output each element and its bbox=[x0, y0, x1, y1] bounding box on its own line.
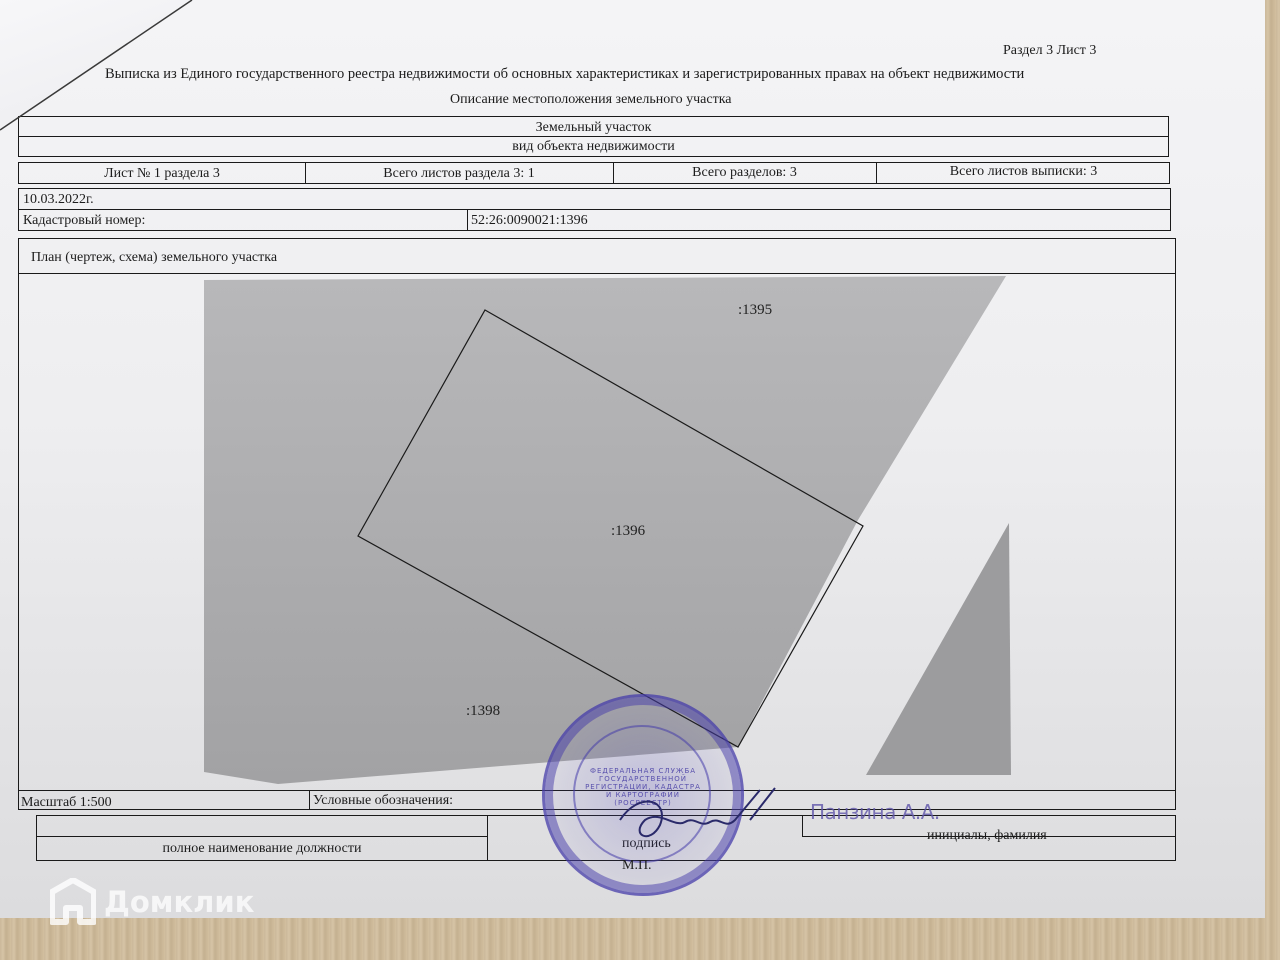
parcel-1398-label: :1398 bbox=[466, 703, 500, 719]
object-type-table: Земельный участок вид объекта недвижимос… bbox=[18, 116, 1169, 157]
section-sheets-total: Всего листов раздела 3: 1 bbox=[305, 166, 613, 182]
adjacent-parcel-triangle bbox=[866, 523, 1011, 775]
parcel-1395-label: :1395 bbox=[738, 302, 772, 318]
sheet-info-table: Лист № 1 раздела 3 Всего листов раздела … bbox=[18, 162, 1170, 184]
handwritten-signature bbox=[600, 780, 790, 860]
sheet-number: Лист № 1 раздела 3 bbox=[19, 166, 305, 182]
extract-date: 10.03.2022г. bbox=[23, 192, 94, 208]
domclick-brand: Домклик bbox=[104, 885, 254, 919]
position-caption: полное наименование должности bbox=[37, 841, 487, 857]
sections-total: Всего разделов: 3 bbox=[613, 165, 876, 181]
cadastral-label: Кадастровый номер: bbox=[23, 213, 145, 229]
object-type-value: Земельный участок bbox=[19, 120, 1168, 136]
cadastral-table: 10.03.2022г. Кадастровый номер: 52:26:00… bbox=[18, 188, 1171, 231]
domclick-watermark: Домклик bbox=[50, 878, 254, 926]
parcel-1396-label: :1396 bbox=[611, 523, 646, 539]
object-type-label: вид объекта недвижимости bbox=[19, 139, 1168, 155]
cadastral-number: 52:26:0090021:1396 bbox=[471, 213, 588, 229]
document-title: Выписка из Единого государственного реес… bbox=[105, 66, 1024, 83]
plan-title: План (чертеж, схема) земельного участка bbox=[31, 250, 277, 266]
section-sheet-label: Раздел 3 Лист 3 bbox=[1003, 43, 1096, 59]
document-subtitle: Описание местоположения земельного участ… bbox=[450, 92, 732, 108]
extract-sheets-total: Всего листов выписки: 3 bbox=[876, 164, 1171, 180]
domclick-house-icon bbox=[50, 878, 96, 926]
name-caption: инициалы, фамилия bbox=[927, 828, 1047, 844]
scale-label: Масштаб 1:500 bbox=[21, 795, 112, 811]
signer-name-stamp: Панзина А.А. bbox=[810, 800, 940, 824]
stamp-place-caption: М.П. bbox=[622, 858, 652, 874]
legend-label: Условные обозначения: bbox=[313, 793, 453, 809]
